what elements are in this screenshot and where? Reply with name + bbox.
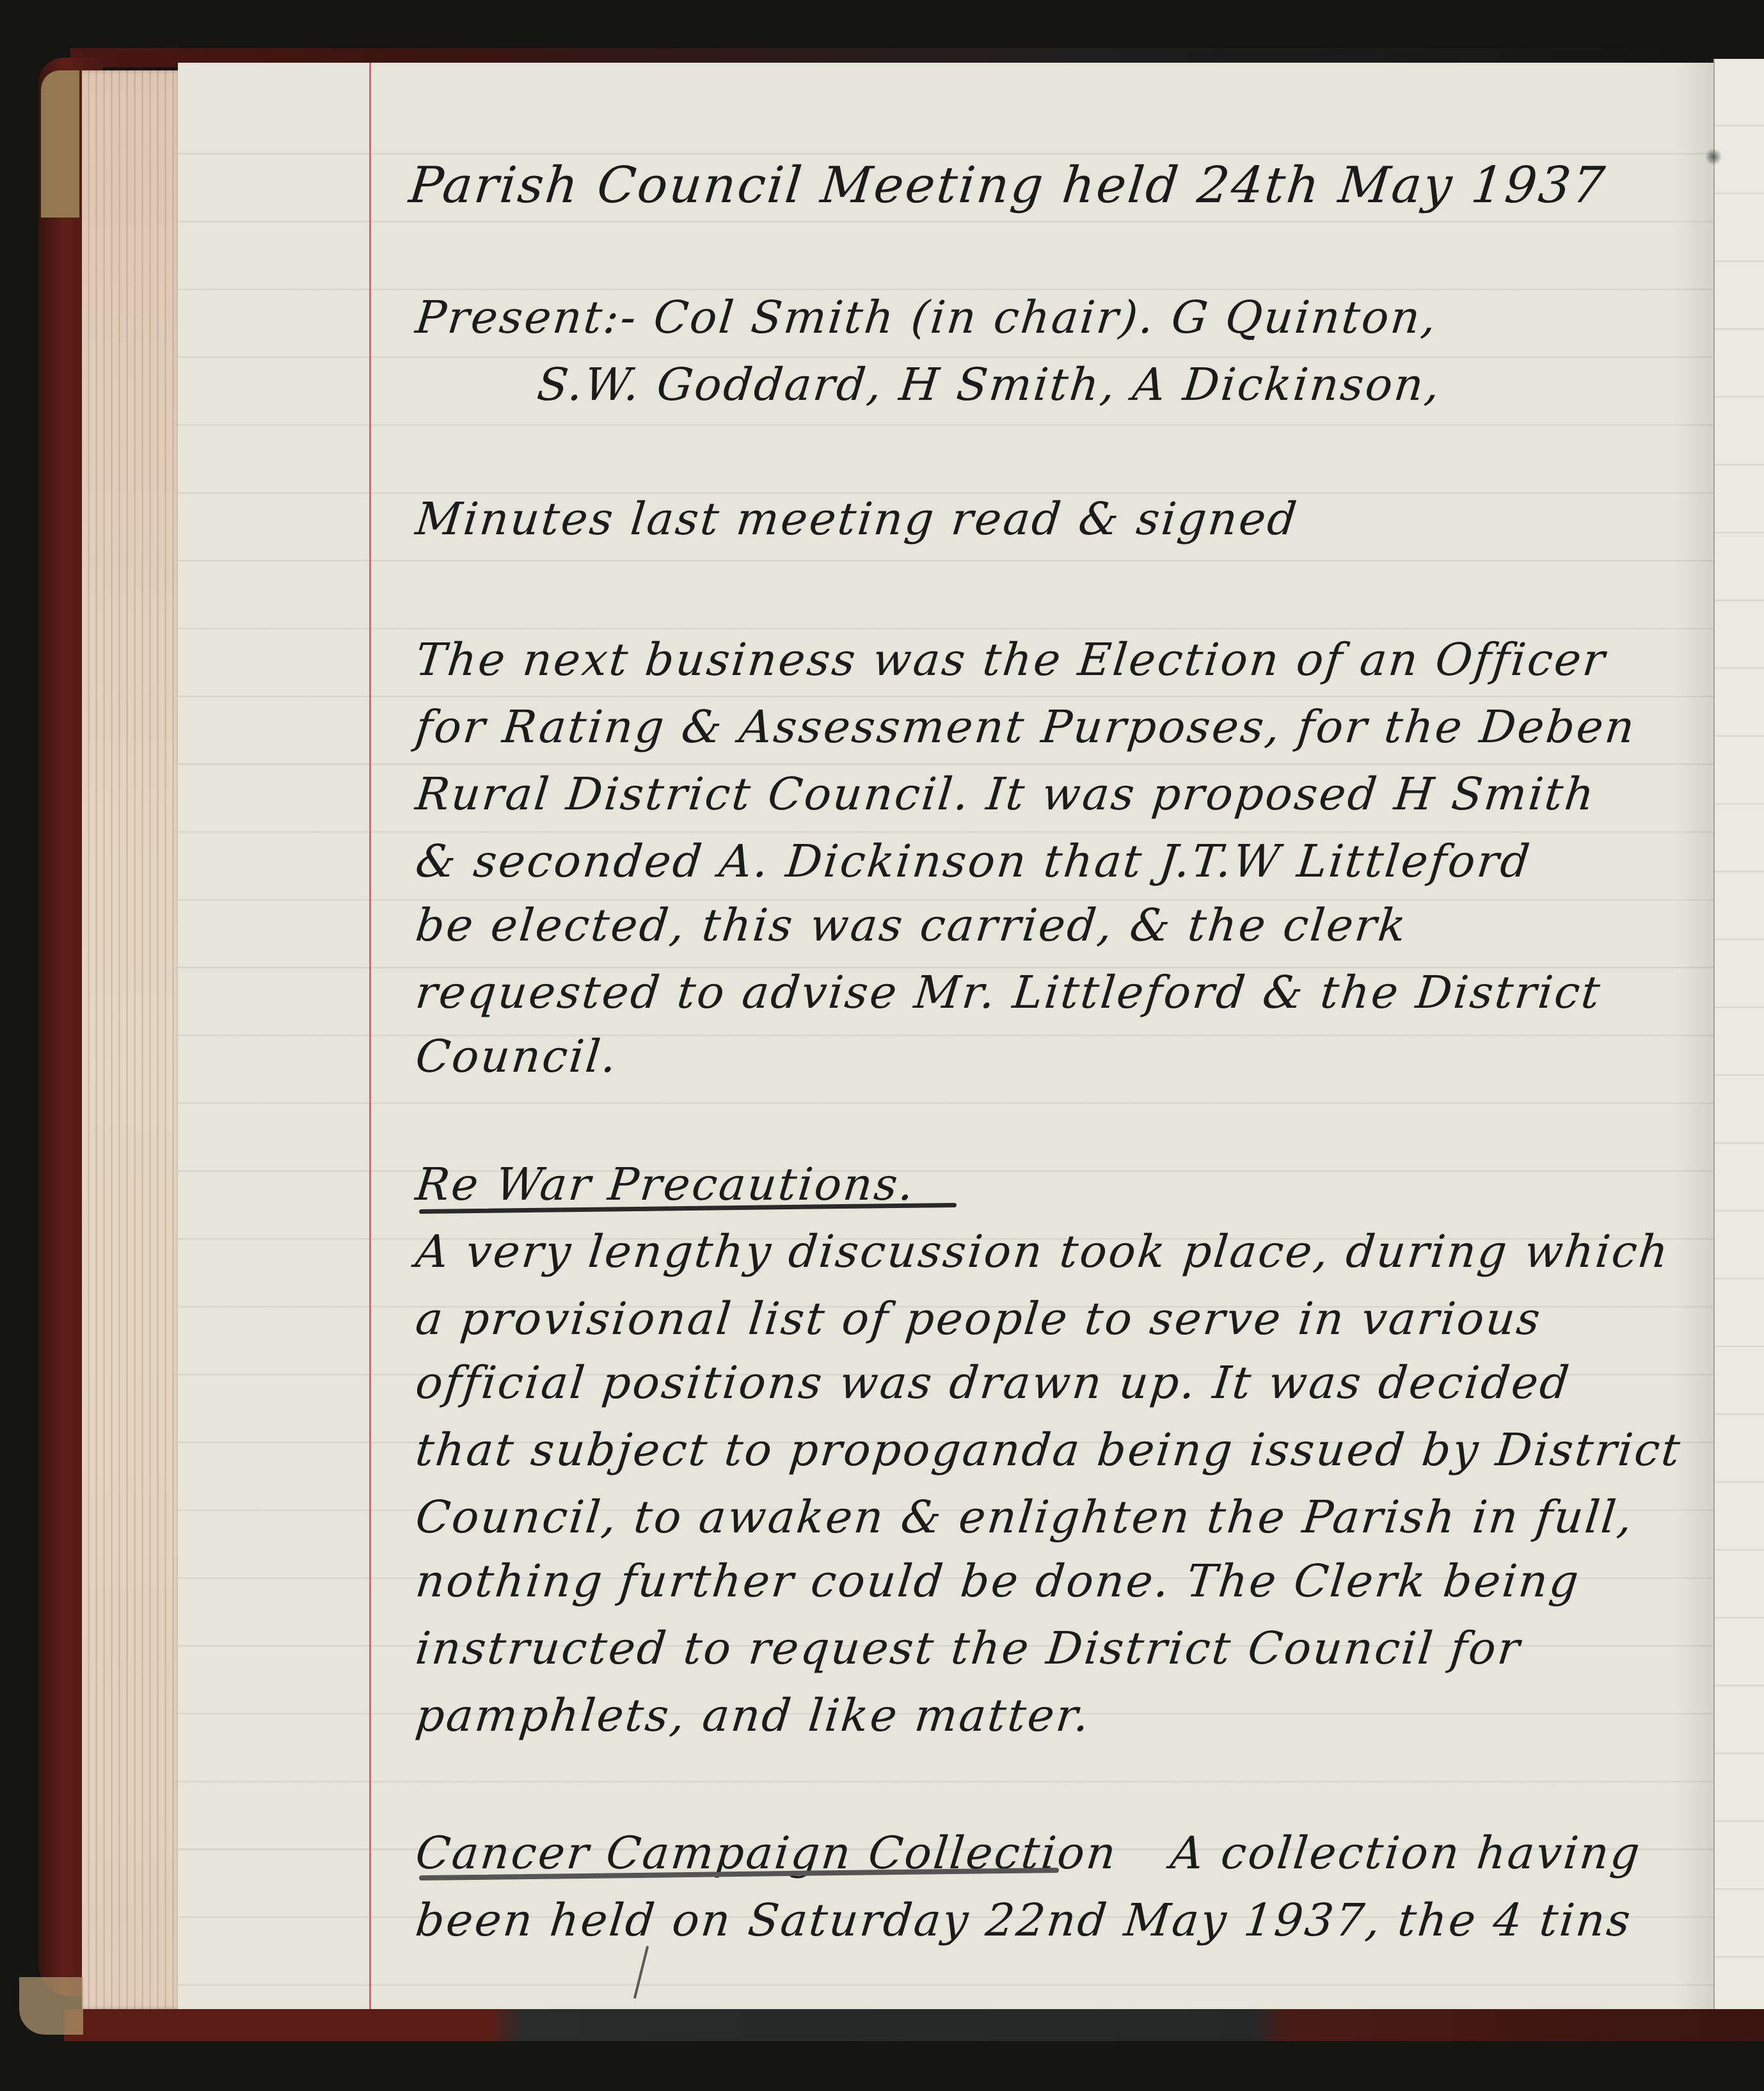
war-line: nothing further could be done. The Clerk…	[413, 1555, 1583, 1607]
war-line: official positions was drawn up. It was …	[413, 1356, 1573, 1409]
minutes-read-line: Minutes last meeting read & signed	[413, 493, 1301, 545]
election-line: Council.	[413, 1030, 621, 1083]
war-precautions-heading: Re War Precautions.	[413, 1158, 918, 1211]
war-line: instructed to request the District Counc…	[413, 1622, 1524, 1674]
worn-corner-bottom	[19, 1977, 83, 2035]
red-margin-rule	[369, 63, 371, 2011]
war-line: that subject to propoganda being issued …	[413, 1424, 1685, 1476]
election-line: & seconded A. Dickinson that J.T.W Littl…	[413, 835, 1534, 887]
war-line: A very lengthy discussion took place, du…	[413, 1225, 1673, 1278]
book-cover-bottom-edge	[64, 2009, 1764, 2041]
war-line: a provisional list of people to serve in…	[413, 1292, 1545, 1345]
election-line: requested to advise Mr. Littleford & the…	[413, 966, 1605, 1019]
cancer-campaign-line: been held on Saturday 22nd May 1937, the…	[413, 1894, 1635, 1946]
war-line: Council, to awaken & enlighten the Paris…	[413, 1491, 1637, 1543]
war-line: pamphlets, and like matter.	[413, 1689, 1093, 1742]
page-stack-edge	[82, 70, 181, 2009]
present-line-2: S.W. Goddard, H Smith, A Dickinson,	[535, 358, 1444, 411]
election-line: be elected, this was carried, & the cler…	[413, 899, 1410, 951]
election-line: Rural District Council. It was proposed …	[413, 768, 1598, 820]
facing-page-edge	[1713, 59, 1764, 2010]
present-line-1: Present:- Col Smith (in chair). G Quinto…	[413, 291, 1441, 344]
election-line: for Rating & Assessment Purposes, for th…	[413, 701, 1639, 753]
meeting-title: Parish Council Meeting held 24th May 193…	[406, 157, 1609, 214]
worn-corner-top	[41, 70, 79, 218]
cancer-campaign-text: A collection having	[1168, 1827, 1644, 1879]
election-line: The next business was the Election of an…	[413, 633, 1609, 686]
ink-blot	[1706, 147, 1721, 166]
gutter-shadow	[1676, 63, 1713, 2011]
